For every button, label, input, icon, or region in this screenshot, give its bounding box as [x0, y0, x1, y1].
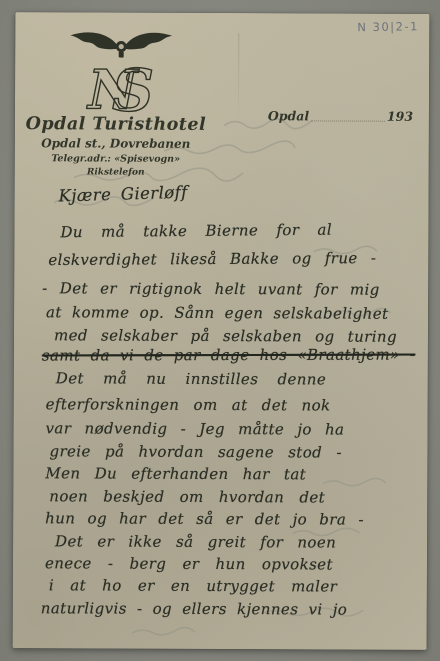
hotel-address: Opdal st., Dovrebanen: [20, 136, 212, 151]
letter-line: var nødvendig - Jeg måtte jo ha: [46, 419, 345, 438]
monogram-letter-s: S: [112, 57, 154, 119]
salutation: Kjære Gierløff: [58, 183, 188, 206]
ns-monogram-icon: N S: [86, 56, 162, 118]
telegram-address: Telegr.adr.: «Spisevogn»: [20, 153, 212, 165]
archive-catalog-note: N 30|2-1: [357, 19, 419, 34]
letter-line: enece - berg er hun opvokset: [45, 554, 333, 573]
date-place-label: Opdal: [268, 108, 309, 123]
letter-line: med selskaber på selskaben og turing: [54, 326, 397, 345]
scanned-letter-photo: { "archive": { "catalog_note": "N 30|2-1…: [0, 0, 440, 661]
letter-line: greie på hvordan sagene stod -: [49, 442, 341, 461]
phone-line: Rikstelefon: [20, 167, 212, 178]
date-line: Opdal 193: [15, 107, 429, 109]
date-fill-in-rule: [311, 120, 385, 121]
letter-line: naturligvis - og ellers kjennes vi jo: [41, 599, 347, 618]
letter-line: Du må takke Bierne for al: [60, 221, 332, 242]
letter-line: efterforskningen om at det nok: [46, 395, 331, 414]
letter-line: at komme op. Sånn egen selskabelighet: [46, 303, 388, 322]
letter-line: hun og har det så er det jo bra -: [45, 509, 364, 528]
letterhead: N S Opdal Turisthotel Opdal st., Dovreba…: [20, 12, 212, 13]
date-year-prefix: 193: [387, 109, 413, 124]
hotel-name: Opdal Turisthotel: [20, 114, 212, 135]
letter-line: Men Du efterhanden har tat: [45, 464, 306, 483]
letter-line: elskverdighet likeså Bakke og frue -: [48, 249, 376, 269]
paper-crease: [238, 33, 239, 123]
letter-paper: N 30|2-1 N S Opdal Turisthotel Opdal st.…: [13, 12, 430, 650]
letter-line: Det må nu innstilles denne: [56, 369, 326, 388]
letter-line: noen beskjed om hvordan det: [49, 487, 325, 506]
letter-line: - Det er rigtignok helt uvant for mig: [42, 279, 380, 298]
letter-line-struck-out: samt da vi de par dage hos «Braathjem» -: [42, 346, 415, 365]
letter-line: Det er ikke så greit for noen: [55, 532, 336, 551]
letter-line: i at ho er en utrygget maler: [49, 576, 337, 595]
